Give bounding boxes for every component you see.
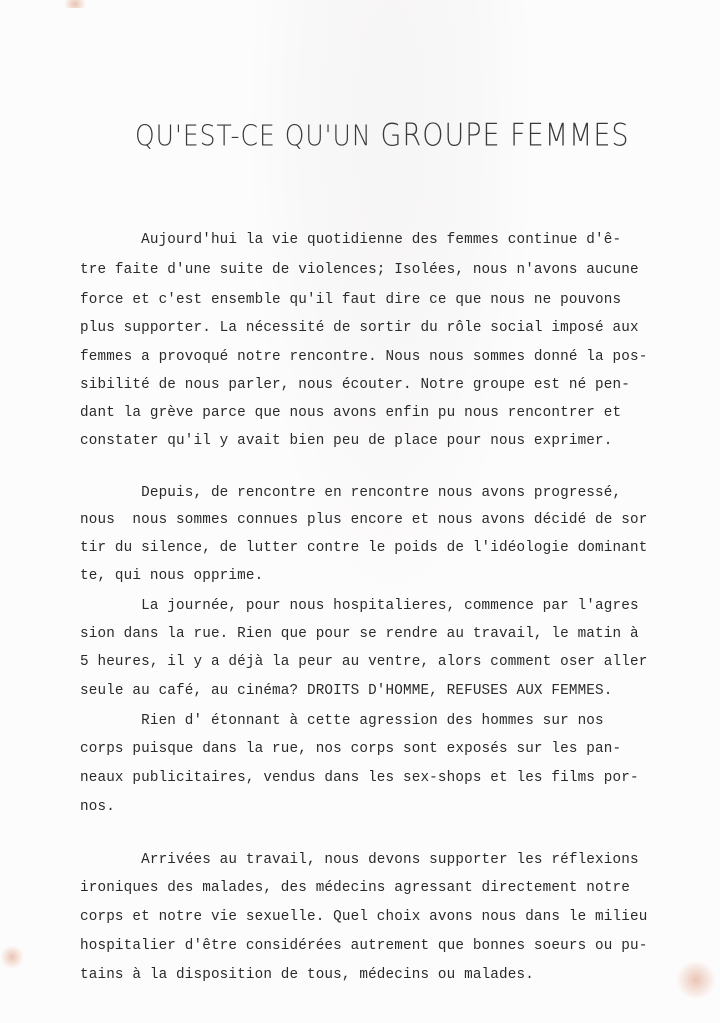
text-line: tains à la disposition de tous, médecins… — [80, 968, 534, 982]
text-line: femmes a provoqué notre rencontre. Nous … — [80, 350, 647, 364]
text-line: constater qu'il y avait bien peu de plac… — [80, 434, 613, 448]
text-line: te, qui nous opprime. — [80, 569, 263, 583]
text-line: sion dans la rue. Rien que pour se rendr… — [80, 627, 639, 641]
text-line: corps et notre vie sexuelle. Quel choix … — [80, 910, 647, 924]
text-line: corps puisque dans la rue, nos corps son… — [80, 742, 621, 756]
text-line: seule au café, au cinéma? DROITS D'HOMME… — [80, 684, 613, 698]
text-line: ironiques des malades, des médecins agre… — [80, 881, 630, 895]
text-line: plus supporter. La nécessité de sortir d… — [80, 321, 639, 335]
text-line: neaux publicitaires, vendus dans les sex… — [80, 771, 639, 785]
text-line: La journée, pour nous hospitalieres, com… — [80, 599, 639, 613]
title-part-1: QU'EST-CE QU'UN — [135, 119, 381, 152]
text-line: dant la grève parce que nous avons enfin… — [80, 406, 621, 420]
stain-mark — [0, 945, 24, 969]
page-title: QU'EST-CE QU'UN GROUPE FEMMES — [135, 118, 630, 154]
title-part-2: GROUPE FEMMES — [381, 118, 630, 154]
stain-mark — [676, 960, 716, 1000]
text-line: Arrivées au travail, nous devons support… — [80, 853, 639, 867]
text-line: 5 heures, il y a déjà la peur au ventre,… — [80, 655, 647, 669]
text-line: nous nous sommes connues plus encore et … — [80, 513, 647, 527]
text-line: Rien d' étonnant à cette agression des h… — [80, 714, 604, 728]
text-line: sibilité de nous parler, nous écouter. N… — [80, 378, 630, 392]
stain-mark — [60, 0, 90, 8]
text-line: tir du silence, de lutter contre le poid… — [80, 541, 647, 555]
text-line: hospitalier d'être considérées autrement… — [80, 939, 647, 953]
text-line: tre faite d'une suite de violences; Isol… — [80, 263, 639, 277]
text-line: force et c'est ensemble qu'il faut dire … — [80, 293, 621, 307]
text-line: Aujourd'hui la vie quotidienne des femme… — [80, 233, 621, 247]
text-line: nos. — [80, 800, 115, 814]
scanned-page: QU'EST-CE QU'UN GROUPE FEMMES Aujourd'hu… — [0, 0, 720, 1023]
text-line: Depuis, de rencontre en rencontre nous a… — [80, 486, 621, 500]
